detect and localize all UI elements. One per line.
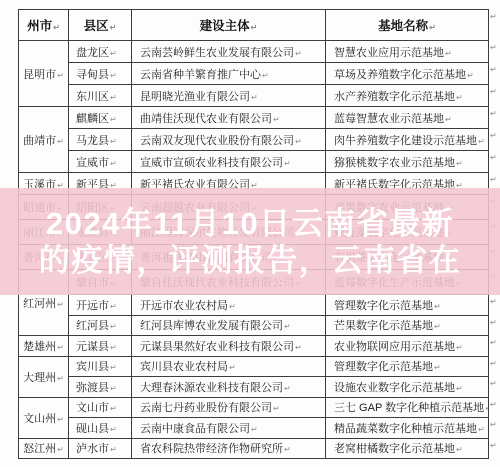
base-cell: 三七 GAP 数字化种植示范基地↵ bbox=[326, 397, 489, 418]
base-cell: 设施农业数字化示范基地↵ bbox=[326, 377, 489, 398]
header-builder: 建设主体↵ bbox=[132, 10, 326, 41]
table-row: 马龙县↵ 云南双友现代农业股份有限公司↵ 肉牛养殖数字化建设示范基地↵ bbox=[19, 129, 489, 151]
table-row: 红河县↵ 红河县库博农业发展有限公司↵ 芒果数字化示范基地↵ bbox=[19, 315, 489, 336]
table-row: 大理州↵ 宾川县↵ 宾川县农业农村局↵ 管理数字化示范基地↵ bbox=[19, 356, 489, 377]
cell-end-mark: ↵ bbox=[284, 445, 291, 454]
builder-cell: 红河县库博农业发展有限公司↵ bbox=[132, 315, 326, 336]
header-city: 州市↵ bbox=[19, 10, 69, 41]
cell-end-mark: ↵ bbox=[295, 49, 302, 58]
cell-end-mark: ↵ bbox=[456, 384, 463, 393]
county-cell: 开远市↵ bbox=[69, 295, 132, 316]
builder-cell: 云南省种羊繁育推广中心↵ bbox=[132, 63, 326, 85]
base-cell: 农业物联网应用示范基地↵ bbox=[326, 336, 489, 357]
table-row: 弥渡县↵ 大理春沐源农业科技有限公司↵ 设施农业数字化示范基地↵ bbox=[19, 377, 489, 398]
county-cell: 寻甸县↵ bbox=[69, 63, 132, 85]
cell-end-mark: ↵ bbox=[53, 23, 60, 32]
table-header-row: 州市↵ 县区↵ 建设主体↵ 基地名称↵ bbox=[19, 10, 489, 41]
cell-end-mark: ↵ bbox=[295, 343, 302, 352]
builder-cell: 云南双友现代农业股份有限公司↵ bbox=[132, 129, 326, 151]
base-cell: 草场及养殖数字化示范基地↵ bbox=[326, 63, 489, 85]
builder-cell: 开远市农业农村局↵ bbox=[132, 295, 326, 316]
cell-end-mark: ↵ bbox=[445, 115, 452, 124]
cell-end-mark: ↵ bbox=[434, 302, 441, 311]
cell-end-mark: ↵ bbox=[110, 445, 117, 454]
cell-end-mark: ↵ bbox=[284, 384, 291, 393]
base-cell: 精品蔬菜数字化种植示范基地↵ bbox=[326, 418, 489, 439]
county-cell: 宣威市↵ bbox=[69, 151, 132, 173]
row-end-mark: ↵ bbox=[490, 438, 500, 459]
row-end-mark: ↵ bbox=[490, 376, 500, 397]
cell-end-mark: ↵ bbox=[478, 137, 485, 146]
base-cell: 肉牛养殖数字化建设示范基地↵ bbox=[326, 129, 489, 151]
cell-end-mark: ↵ bbox=[434, 363, 441, 372]
cell-end-mark: ↵ bbox=[57, 137, 64, 146]
cell-end-mark: ↵ bbox=[110, 137, 117, 146]
builder-cell: 曲靖佳沃现代农业有限公司↵ bbox=[132, 107, 326, 129]
row-end-mark: ↵ bbox=[490, 62, 500, 84]
cell-end-mark: ↵ bbox=[57, 300, 64, 309]
row-end-mark: ↵ bbox=[490, 397, 500, 418]
builder-cell: 宾川县农业农村局↵ bbox=[132, 356, 326, 377]
base-cell: 水产养殖数字化示范基地↵ bbox=[326, 85, 489, 107]
city-cell: 昆明市↵ bbox=[19, 41, 69, 107]
cell-end-mark: ↵ bbox=[456, 159, 463, 168]
row-end-mark: ↵ bbox=[490, 294, 500, 315]
row-end-mark: ↵ bbox=[490, 128, 500, 150]
cell-end-mark: ↵ bbox=[284, 322, 291, 331]
builder-cell: 云南中康食品有限公司↵ bbox=[132, 418, 326, 439]
cell-end-mark: ↵ bbox=[110, 384, 117, 393]
cell-end-mark: ↵ bbox=[110, 302, 117, 311]
city-cell: 曲靖市↵ bbox=[19, 107, 69, 173]
cell-end-mark: ↵ bbox=[251, 23, 258, 32]
cell-end-mark: ↵ bbox=[110, 363, 117, 372]
builder-cell: 宣威市宣硕农业科技有限公司↵ bbox=[132, 151, 326, 173]
cell-end-mark: ↵ bbox=[110, 343, 117, 352]
header-county: 县区↵ bbox=[69, 10, 132, 41]
cell-end-mark: ↵ bbox=[110, 93, 117, 102]
cell-end-mark: ↵ bbox=[456, 343, 463, 352]
county-cell: 宾川县↵ bbox=[69, 356, 132, 377]
cell-end-mark: ↵ bbox=[456, 445, 463, 454]
cell-end-mark: ↵ bbox=[110, 322, 117, 331]
cell-end-mark: ↵ bbox=[229, 302, 236, 311]
builder-cell: 省农科院热带经济作物研究所↵ bbox=[132, 438, 326, 459]
cell-end-mark: ↵ bbox=[251, 93, 258, 102]
row-end-mark: ↵ bbox=[490, 315, 500, 336]
table-row: 昆明市↵ 盘龙区↵ 云南芸岭鲜生农业发展有限公司↵ 智慧农业应用示范基地↵ bbox=[19, 41, 489, 63]
county-cell: 麒麟区↵ bbox=[69, 107, 132, 129]
table-row: 开远市↵ 开远市农业农村局↵ 管理数字化示范基地↵ bbox=[19, 295, 489, 316]
table-row: 宣威市↵ 宣威市宣硕农业科技有限公司↵ 猕猴桃数字农业示范基地↵ bbox=[19, 151, 489, 173]
headline-overlay: 2024年11月10日云南省最新 的疫情，评测报告，云南省在 bbox=[0, 188, 500, 295]
row-end-mark: ↵ bbox=[490, 150, 500, 172]
county-cell: 弥渡县↵ bbox=[69, 377, 132, 398]
city-cell: 怒江州↵ bbox=[19, 438, 69, 459]
row-end-mark: ↵ bbox=[490, 106, 500, 128]
base-cell: 蓝莓智慧农业示范基地↵ bbox=[326, 107, 489, 129]
cell-end-mark: ↵ bbox=[251, 425, 258, 434]
county-cell: 泸水市↵ bbox=[69, 438, 132, 459]
city-cell: 楚雄州↵ bbox=[19, 336, 69, 357]
cell-end-mark: ↵ bbox=[110, 425, 117, 434]
county-cell: 盘龙区↵ bbox=[69, 41, 132, 63]
table-row: 文山州↵ 文山市↵ 云南七丹药业股份有限公司↵ 三七 GAP 数字化种植示范基地… bbox=[19, 397, 489, 418]
row-end-mark: ↵ bbox=[490, 40, 500, 62]
cell-end-mark: ↵ bbox=[57, 343, 64, 352]
cell-end-mark: ↵ bbox=[110, 23, 117, 32]
cell-end-mark: ↵ bbox=[110, 115, 117, 124]
county-cell: 马龙县↵ bbox=[69, 129, 132, 151]
cell-end-mark: ↵ bbox=[110, 49, 117, 58]
builder-cell: 元谋县果然好农业科技有限公司↵ bbox=[132, 336, 326, 357]
cell-end-mark: ↵ bbox=[273, 404, 280, 413]
base-cell: 智慧农业应用示范基地↵ bbox=[326, 41, 489, 63]
cell-end-mark: ↵ bbox=[456, 93, 463, 102]
row-end-mark: ↵ bbox=[490, 356, 500, 377]
builder-cell: 云南芸岭鲜生农业发展有限公司↵ bbox=[132, 41, 326, 63]
builder-cell: 云南七丹药业股份有限公司↵ bbox=[132, 397, 326, 418]
county-cell: 东川区↵ bbox=[69, 85, 132, 107]
cell-end-mark: ↵ bbox=[467, 71, 474, 80]
county-cell: 元谋县↵ bbox=[69, 336, 132, 357]
table-row: 东川区↵ 昆明晓光渔业有限公司↵ 水产养殖数字化示范基地↵ bbox=[19, 85, 489, 107]
cell-end-mark: ↵ bbox=[57, 415, 64, 424]
cell-end-mark: ↵ bbox=[478, 425, 485, 434]
cell-end-mark: ↵ bbox=[110, 71, 117, 80]
cell-end-mark: ↵ bbox=[485, 404, 488, 413]
base-cell: 管理数字化示范基地↵ bbox=[326, 295, 489, 316]
cell-end-mark: ↵ bbox=[434, 322, 441, 331]
cell-end-mark: ↵ bbox=[57, 374, 64, 383]
row-end-mark: ↵ bbox=[490, 84, 500, 106]
city-cell: 大理州↵ bbox=[19, 356, 69, 397]
county-cell: 砚山县↵ bbox=[69, 418, 132, 439]
row-end-mark: ↵ bbox=[490, 9, 500, 40]
table-row: 砚山县↵ 云南中康食品有限公司↵ 精品蔬菜数字化种植示范基地↵ bbox=[19, 418, 489, 439]
cell-end-mark: ↵ bbox=[445, 49, 452, 58]
cell-end-mark: ↵ bbox=[110, 404, 117, 413]
cell-end-mark: ↵ bbox=[429, 23, 436, 32]
table-row: 寻甸县↵ 云南省种羊繁育推广中心↵ 草场及养殖数字化示范基地↵ bbox=[19, 63, 489, 85]
builder-cell: 大理春沐源农业科技有限公司↵ bbox=[132, 377, 326, 398]
cell-end-mark: ↵ bbox=[262, 71, 269, 80]
base-cell: 芒果数字化示范基地↵ bbox=[326, 315, 489, 336]
cell-end-mark: ↵ bbox=[284, 159, 291, 168]
county-cell: 红河县↵ bbox=[69, 315, 132, 336]
city-cell: 文山州↵ bbox=[19, 397, 69, 438]
cell-end-mark: ↵ bbox=[57, 71, 64, 80]
table-row: 曲靖市↵ 麒麟区↵ 曲靖佳沃现代农业有限公司↵ 蓝莓智慧农业示范基地↵ bbox=[19, 107, 489, 129]
cell-end-mark: ↵ bbox=[273, 115, 280, 124]
builder-cell: 昆明晓光渔业有限公司↵ bbox=[132, 85, 326, 107]
base-cell: 猕猴桃数字农业示范基地↵ bbox=[326, 151, 489, 173]
row-end-mark: ↵ bbox=[490, 417, 500, 438]
header-base-name: 基地名称↵ bbox=[326, 10, 489, 41]
table-row: 怒江州↵ 泸水市↵ 省农科院热带经济作物研究所↵ 老窝柑橘数字化示范基地↵ bbox=[19, 438, 489, 459]
headline-line-1: 2024年11月10日云南省最新 bbox=[46, 205, 454, 242]
county-cell: 文山市↵ bbox=[69, 397, 132, 418]
base-cell: 老窝柑橘数字化示范基地↵ bbox=[326, 438, 489, 459]
cell-end-mark: ↵ bbox=[295, 137, 302, 146]
table-row: 楚雄州↵ 元谋县↵ 元谋县果然好农业科技有限公司↵ 农业物联网应用示范基地↵ bbox=[19, 336, 489, 357]
cell-end-mark: ↵ bbox=[57, 445, 64, 454]
base-cell: 管理数字化示范基地↵ bbox=[326, 356, 489, 377]
cell-end-mark: ↵ bbox=[229, 363, 236, 372]
headline-line-2: 的疫情，评测报告，云南省在 bbox=[39, 242, 462, 279]
row-end-mark: ↵ bbox=[490, 335, 500, 356]
cell-end-mark: ↵ bbox=[110, 159, 117, 168]
